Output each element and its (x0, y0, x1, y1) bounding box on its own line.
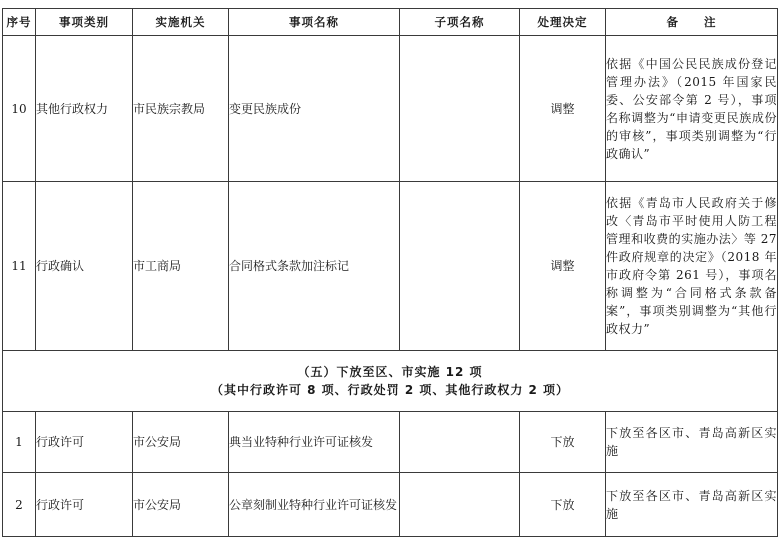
cell-sub-item (400, 36, 520, 182)
cell-item-name: 合同格式条款加注标记 (229, 182, 400, 351)
cell-note: 下放至各区市、青岛高新区实施 (606, 473, 778, 537)
cell-decision: 调整 (520, 182, 606, 351)
table-row: 11 行政确认 市工商局 合同格式条款加注标记 调整 依据《青岛市人民政府关于修… (3, 182, 778, 351)
table-row: 1 行政许可 市公安局 典当业特种行业许可证核发 下放 下放至各区市、青岛高新区… (3, 412, 778, 473)
header-row: 序号 事项类别 实施机关 事项名称 子项名称 处理决定 备 注 (3, 9, 778, 36)
cell-agency: 市公安局 (133, 473, 229, 537)
cell-seq: 2 (3, 473, 36, 537)
cell-category: 其他行政权力 (36, 36, 133, 182)
cell-agency: 市民族宗教局 (133, 36, 229, 182)
cell-agency: 市工商局 (133, 182, 229, 351)
section-heading: （五）下放至区、市实施 12 项 （其中行政许可 8 项、行政处罚 2 项、其他… (3, 351, 778, 412)
cell-seq: 11 (3, 182, 36, 351)
cell-seq: 10 (3, 36, 36, 182)
header-category: 事项类别 (36, 9, 133, 36)
matters-table: 序号 事项类别 实施机关 事项名称 子项名称 处理决定 备 注 10 其他行政权… (2, 8, 778, 537)
header-item-name: 事项名称 (229, 9, 400, 36)
cell-item-name: 变更民族成份 (229, 36, 400, 182)
cell-item-name: 公章刻制业特种行业许可证核发 (229, 473, 400, 537)
cell-item-name: 典当业特种行业许可证核发 (229, 412, 400, 473)
cell-note: 依据《中国公民民族成份登记管理办法》（2015 年国家民委、公安部令第 2 号）… (606, 36, 778, 182)
cell-sub-item (400, 412, 520, 473)
cell-decision: 调整 (520, 36, 606, 182)
header-note: 备 注 (606, 9, 778, 36)
cell-sub-item (400, 182, 520, 351)
table-row: 10 其他行政权力 市民族宗教局 变更民族成份 调整 依据《中国公民民族成份登记… (3, 36, 778, 182)
cell-category: 行政确认 (36, 182, 133, 351)
section-row: （五）下放至区、市实施 12 项 （其中行政许可 8 项、行政处罚 2 项、其他… (3, 351, 778, 412)
cell-sub-item (400, 473, 520, 537)
cell-decision: 下放 (520, 412, 606, 473)
header-sub-item: 子项名称 (400, 9, 520, 36)
table-row: 2 行政许可 市公安局 公章刻制业特种行业许可证核发 下放 下放至各区市、青岛高… (3, 473, 778, 537)
cell-category: 行政许可 (36, 412, 133, 473)
cell-seq: 1 (3, 412, 36, 473)
cell-note: 下放至各区市、青岛高新区实施 (606, 412, 778, 473)
cell-decision: 下放 (520, 473, 606, 537)
section-title: （五）下放至区、市实施 12 项 (3, 363, 777, 381)
header-decision: 处理决定 (520, 9, 606, 36)
cell-agency: 市公安局 (133, 412, 229, 473)
cell-category: 行政许可 (36, 473, 133, 537)
header-agency: 实施机关 (133, 9, 229, 36)
cell-note: 依据《青岛市人民政府关于修改〈青岛市平时使用人防工程管理和收费的实施办法〉等 2… (606, 182, 778, 351)
header-seq: 序号 (3, 9, 36, 36)
section-subtitle: （其中行政许可 8 项、行政处罚 2 项、其他行政权力 2 项） (3, 381, 777, 399)
